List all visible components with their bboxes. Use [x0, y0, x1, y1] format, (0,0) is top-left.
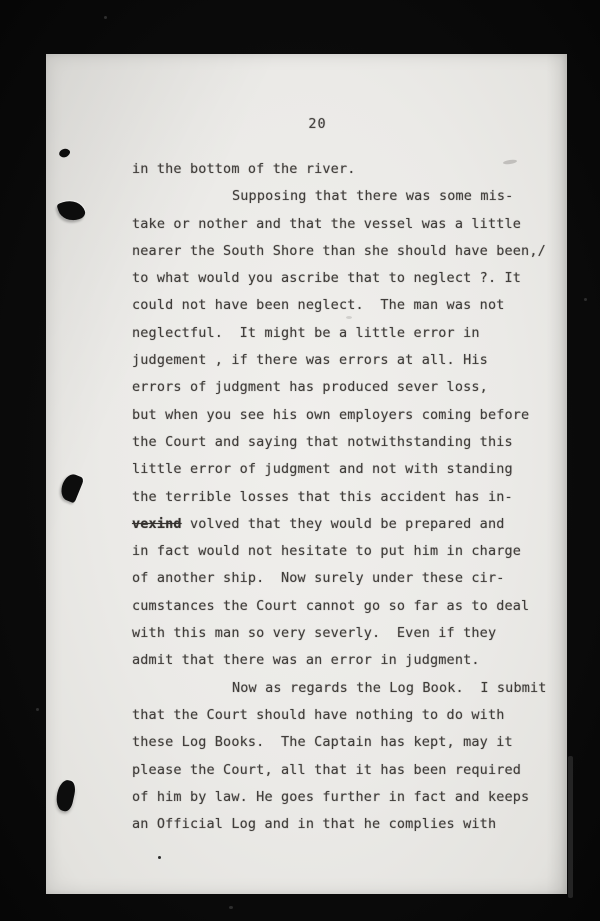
scanned-page-background: 20 in the bottom of the river. Supposing…	[0, 0, 600, 921]
paragraph: Supposing that there was some mis- take …	[132, 183, 525, 674]
paragraph: in the bottom of the river.	[132, 156, 525, 183]
text-line: nearer the South Shore than she should h…	[132, 238, 525, 265]
dust-speck	[158, 856, 161, 859]
text-line: little error of judgment and not with st…	[132, 456, 525, 483]
text-line: to what would you ascribe that to neglec…	[132, 265, 525, 292]
struck-out-word: vexind	[132, 516, 182, 532]
text-line: take or nother and that the vessel was a…	[132, 211, 525, 238]
text-line: the terrible losses that this accident h…	[132, 484, 525, 511]
page-number: 20	[46, 116, 567, 132]
text-line: in the bottom of the river.	[132, 156, 525, 183]
text-line: of him by law. He goes further in fact a…	[132, 784, 525, 811]
dust-speck	[229, 906, 233, 909]
text-line: cumstances the Court cannot go so far as…	[132, 593, 525, 620]
text-line: volved that they would be prepared and	[182, 516, 505, 532]
text-line: in fact would not hesitate to put him in…	[132, 538, 525, 565]
text-line: judgement , if there was errors at all. …	[132, 347, 525, 374]
dust-speck	[584, 298, 587, 301]
dust-speck	[36, 708, 39, 711]
text-line: of another ship. Now surely under these …	[132, 565, 525, 592]
text-line: an Official Log and in that he complies …	[132, 811, 525, 838]
text-line: these Log Books. The Captain has kept, m…	[132, 729, 525, 756]
text-line: that the Court should have nothing to do…	[132, 702, 525, 729]
typewritten-text-block: in the bottom of the river. Supposing th…	[132, 156, 525, 838]
dust-speck	[104, 16, 107, 19]
text-line: neglectful. It might be a little error i…	[132, 320, 525, 347]
text-line: Supposing that there was some mis-	[132, 183, 525, 210]
text-line: errors of judgment has produced sever lo…	[132, 374, 525, 401]
paragraph: Now as regards the Log Book. I submit th…	[132, 675, 525, 839]
text-line: please the Court, all that it has been r…	[132, 757, 525, 784]
document-page: 20 in the bottom of the river. Supposing…	[46, 54, 567, 894]
paper-tear	[58, 472, 85, 504]
text-line-with-strikeout: vexind volved that they would be prepare…	[132, 511, 525, 538]
text-line: with this man so very severly. Even if t…	[132, 620, 525, 647]
text-line: Now as regards the Log Book. I submit	[132, 675, 525, 702]
text-line: admit that there was an error in judgmen…	[132, 647, 525, 674]
text-line: but when you see his own employers comin…	[132, 402, 525, 429]
underlying-sheet-edge	[568, 756, 573, 898]
text-line: could not have been neglect. The man was…	[132, 292, 525, 319]
punch-hole	[54, 779, 77, 813]
paper-tear-small	[58, 146, 71, 159]
text-line: the Court and saying that notwithstandin…	[132, 429, 525, 456]
paper-tear	[56, 197, 86, 225]
